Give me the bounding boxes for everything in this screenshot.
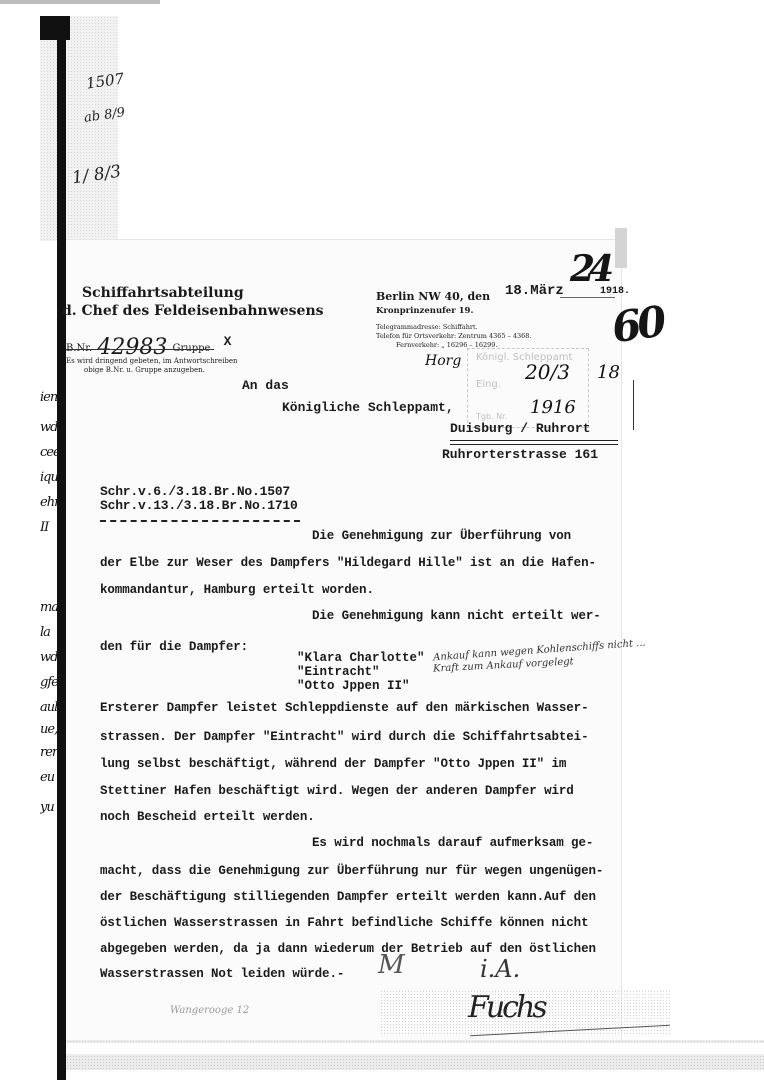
margin-fragment: eu [40,770,58,785]
margin-fragment: ren [40,745,58,760]
margin-fragment: ceeg [40,445,58,460]
margin-fragment: II [40,520,58,535]
address-city: Duisburg / Ruhrort [450,421,590,436]
body-p4-line2: macht, dass die Genehmigung zur Überführ… [100,864,603,878]
body-p1-line3: kommandantur, Hamburg erteilt worden. [100,583,374,597]
margin-fragment: ehr [40,495,58,510]
handwritten-number: 60 [609,297,666,353]
letter-date: 18.März [505,283,564,299]
address-recipient: Königliche Schleppamt, [282,400,454,415]
ship-2: "Eintracht" [297,665,380,679]
binding-strip [57,20,66,1080]
back-sheet [40,16,118,241]
letterhead-department: Schiffahrtsabteilung [82,285,244,301]
body-p1-line2: der Elbe zur Weser des Dampfers "Hildega… [100,556,596,570]
stamp-received-date: 20/3 [525,360,570,384]
signature-name: Fuchs [468,990,545,1025]
margin-fragment: ue, [40,722,58,737]
margin-tick [633,380,634,430]
address-to: An das [242,378,289,393]
body-p3-line5: noch Bescheid erteilt werden. [100,810,315,824]
body-p4-line5: abgegeben werden, da ja dann wiederum de… [100,942,596,956]
margin-fragment: aul [40,700,58,715]
margin-fragment: wdu [40,650,58,665]
letterhead-note-line1: Es wird dringend gebeten, im Antwortschr… [66,357,238,365]
body-p3-line3: lung selbst beschäftigt, während der Dam… [100,757,566,771]
ship-1: "Klara Charlotte" [297,651,425,665]
signature-ia: i.A. [480,955,520,983]
address-street: Ruhrorterstrasse 161 [442,447,598,462]
margin-fragment: gfen [40,675,58,690]
date-rule [560,297,615,298]
reference-line-2: Schr.v.13./3.18.Br.No.1710 [100,498,298,513]
letterhead-phone-local: Telefon für Ortsverkehr: Zentrum 4365 – … [376,332,532,340]
reference-rule [66,349,214,350]
letterhead-telegram: Telegrammadresse: Schiffahrt. [376,323,478,331]
body-p3-line1: Ersterer Dampfer leistet Schleppdienste … [100,701,588,715]
back-note-number: 1507 [85,69,125,92]
letterhead-reference: B.Nr. 42983 Gruppe X [66,332,231,357]
stamp-received-year: 18 [597,362,620,383]
stamp-received-label: Eing. [476,379,501,390]
reference-line-1: Schr.v.6./3.18.Br.No.1507 [100,484,290,499]
handwritten-mark: 24 [570,248,608,290]
margin-fragment: wdu [40,420,58,435]
margin-fragment: iqu [40,470,58,485]
sheet-corner-shadow [615,228,627,268]
body-p2-line2: den für die Dampfer: [100,640,248,654]
sheet-gap [66,1043,764,1054]
letterhead-street: Kronprinzenufer 19. [376,306,473,316]
stamp-journal-label: Tgb. Nr. [476,412,507,421]
body-p2-line1: Die Genehmigung kann nicht erteilt wer- [312,609,601,623]
reference-dash-rule [100,520,300,522]
body-p4-line4: östlichen Wasserstrassen in Fahrt befind… [100,916,588,930]
letterhead-city: Berlin NW 40, den [376,290,490,303]
ship-3: "Otto Jppen II" [297,679,410,693]
page-top-edge [0,0,160,4]
letterhead-note-line2: obige B.Nr. u. Gruppe anzugeben. [84,366,205,374]
body-p4-line6: Wasserstrassen Not leiden würde.- [100,967,344,981]
stamp-initials: Horg [425,353,461,369]
body-p4-line1: Es wird nochmals darauf aufmerksam ge- [312,836,593,850]
stamp-journal-number: 1916 [530,397,576,418]
body-p3-line2: strassen. Der Dampfer "Eintracht" wird d… [100,730,588,744]
body-p4-line3: der Beschäftigung stilliegenden Dampfer … [100,890,596,904]
group-value: X [224,334,232,349]
margin-fragment: ieng [40,390,58,405]
margin-fragment: ma [40,600,58,615]
margin-fragment: yu [40,800,58,815]
address-rule [450,440,618,445]
margin-fragment: la [40,625,58,640]
letterhead-chief: d. Chef des Feldeisenbahnwesens [62,303,324,319]
body-p3-line4: Stettiner Hafen beschäftigt wird. Wegen … [100,784,574,798]
body-p1-line1: Die Genehmigung zur Überführung von [312,529,571,543]
pencil-note: Wangerooge 12 [170,1005,249,1016]
approval-mark: M [378,950,405,980]
